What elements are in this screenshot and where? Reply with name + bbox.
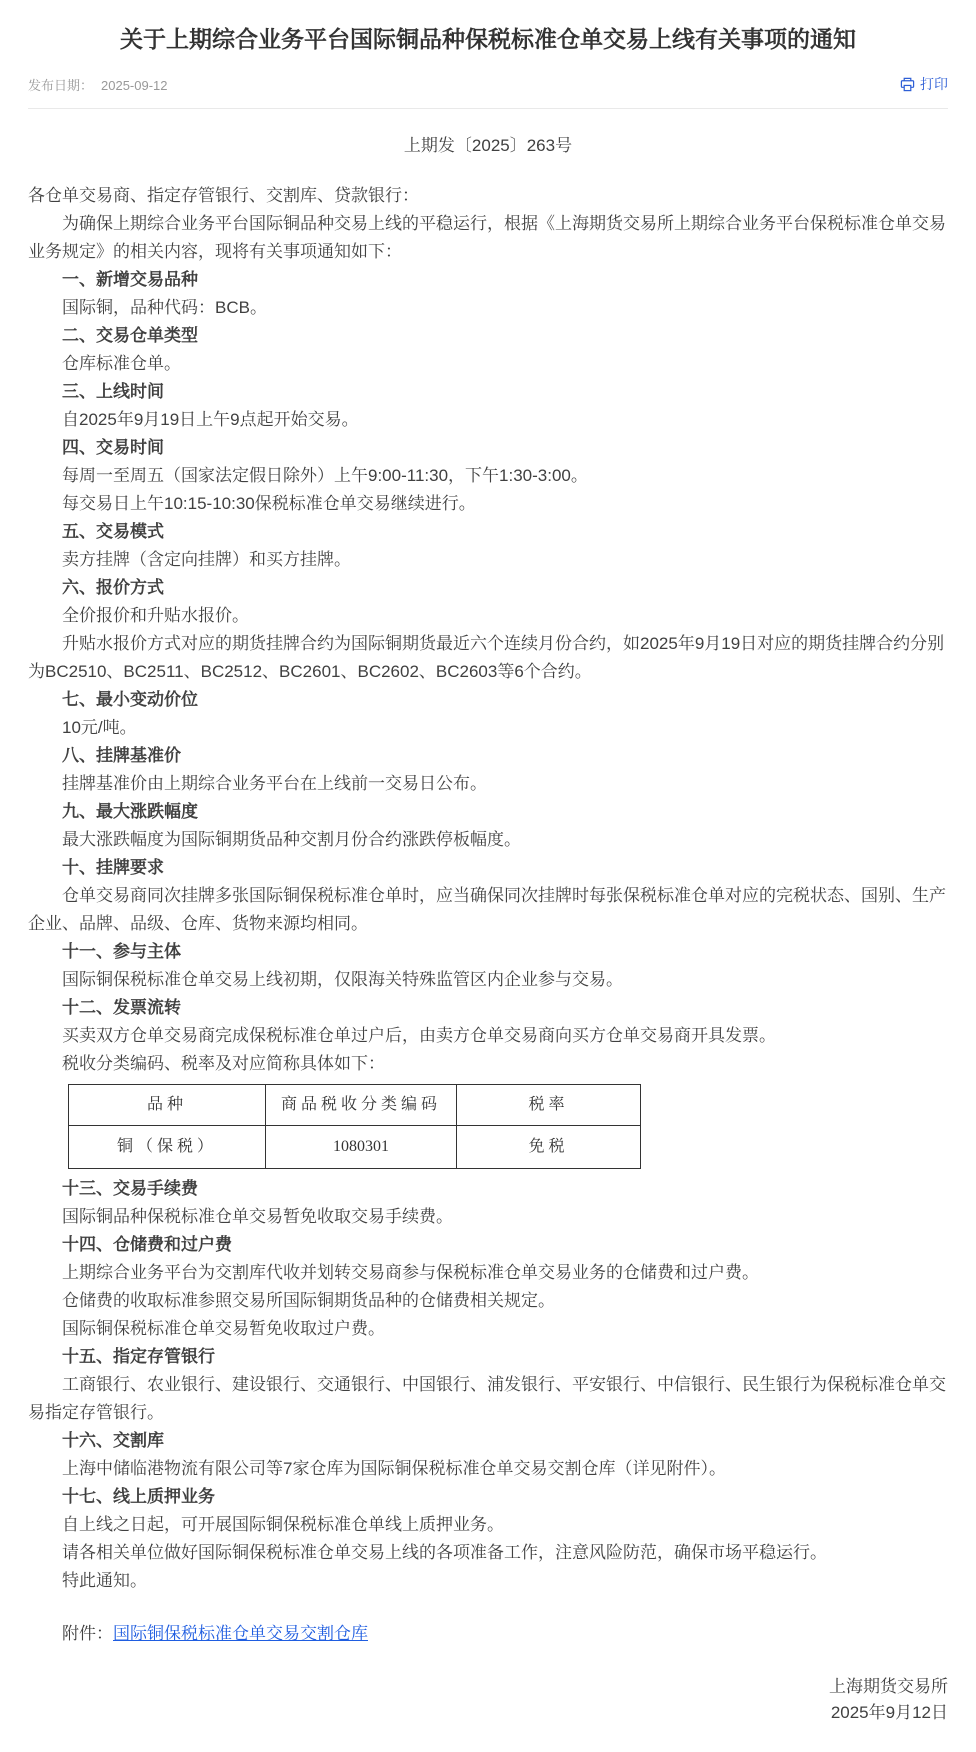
attachment-link[interactable]: 国际铜保税标准仓单交易交割仓库 [113,1624,368,1643]
table-header-tax-code: 商品税收分类编码 [266,1085,457,1126]
signature-org: 上海期货交易所 [28,1674,948,1700]
tax-code-table: 品种 商品税收分类编码 税率 铜（保税） 1080301 免税 [68,1084,641,1169]
body-paragraph: 上海中储临港物流有限公司等7家仓库为国际铜保税标准仓单交易交割仓库（详见附件）。 [28,1455,948,1483]
publish-date-label: 发布日期： [28,78,93,93]
cell-tax-code: 1080301 [266,1126,457,1169]
body-paragraph: 上期综合业务平台为交割库代收并划转交易商参与保税标准仓单交易业务的仓储费和过户费… [28,1259,948,1287]
body-paragraph: 国际铜，品种代码：BCB。 [28,294,948,322]
publish-date-value: 2025-09-12 [101,78,168,93]
table-header-variety: 品种 [69,1085,266,1126]
body-paragraph: 国际铜保税标准仓单交易上线初期，仅限海关特殊监管区内企业参与交易。 [28,966,948,994]
salutation: 各仓单交易商、指定存管银行、交割库、贷款银行： [28,182,948,210]
attachment-line: 附件：国际铜保税标准仓单交易交割仓库 [28,1620,948,1648]
attachment-label: 附件： [62,1624,113,1643]
table-header-row: 品种 商品税收分类编码 税率 [69,1085,641,1126]
body-paragraph: 特此通知。 [28,1567,948,1595]
notice-page: 关于上期综合业务平台国际铜品种保税标准仓单交易上线有关事项的通知 发布日期：20… [0,0,976,1752]
body-paragraph: 国际铜保税标准仓单交易暂免收取过户费。 [28,1315,948,1343]
table-header-tax-rate: 税率 [457,1085,641,1126]
body-paragraph: 全价报价和升贴水报价。 [28,602,948,630]
section-heading: 四、交易时间 [28,434,948,462]
section-heading: 十六、交割库 [28,1427,948,1455]
body-paragraph: 自上线之日起，可开展国际铜保税标准仓单线上质押业务。 [28,1511,948,1539]
body-paragraph: 税收分类编码、税率及对应简称具体如下： [28,1050,948,1078]
body-paragraph: 工商银行、农业银行、建设银行、交通银行、中国银行、浦发银行、平安银行、中信银行、… [28,1371,948,1427]
print-button[interactable]: 打印 [900,74,948,94]
doc-number: 上期发〔2025〕263号 [28,131,948,156]
body-paragraph: 每交易日上午10:15-10:30保税标准仓单交易继续进行。 [28,490,948,518]
body-paragraph: 为确保上期综合业务平台国际铜品种交易上线的平稳运行，根据《上海期货交易所上期综合… [28,210,948,266]
body-paragraph: 仓库标准仓单。 [28,350,948,378]
section-heading: 七、最小变动价位 [28,686,948,714]
section-heading: 十四、仓储费和过户费 [28,1231,948,1259]
body-paragraph: 每周一至周五（国家法定假日除外）上午9:00-11:30，下午1:30-3:00… [28,462,948,490]
publish-date: 发布日期：2025-09-12 [28,75,168,94]
signature-date: 2025年9月12日 [28,1700,948,1726]
body-paragraph: 挂牌基准价由上期综合业务平台在上线前一交易日公布。 [28,770,948,798]
body-paragraph: 10元/吨。 [28,714,948,742]
body-paragraph: 国际铜品种保税标准仓单交易暂免收取交易手续费。 [28,1203,948,1231]
section-heading: 九、最大涨跌幅度 [28,798,948,826]
section-heading: 十一、参与主体 [28,938,948,966]
section-heading: 三、上线时间 [28,378,948,406]
section-heading: 十三、交易手续费 [28,1175,948,1203]
body-paragraph: 买卖双方仓单交易商完成保税标准仓单过户后，由卖方仓单交易商向买方仓单交易商开具发… [28,1022,948,1050]
printer-icon [900,77,915,92]
table-row: 铜（保税） 1080301 免税 [69,1126,641,1169]
section-heading: 五、交易模式 [28,518,948,546]
notice-body: 各仓单交易商、指定存管银行、交割库、贷款银行： 为确保上期综合业务平台国际铜品种… [28,182,948,1595]
section-heading: 六、报价方式 [28,574,948,602]
body-paragraph: 请各相关单位做好国际铜保税标准仓单交易上线的各项准备工作，注意风险防范，确保市场… [28,1539,948,1567]
section-heading: 十、挂牌要求 [28,854,948,882]
body-paragraph: 升贴水报价方式对应的期货挂牌合约为国际铜期货最近六个连续月份合约，如2025年9… [28,630,948,686]
body-paragraph: 仓单交易商同次挂牌多张国际铜保税标准仓单时，应当确保同次挂牌时每张保税标准仓单对… [28,882,948,938]
body-paragraph: 自2025年9月19日上午9点起开始交易。 [28,406,948,434]
header-divider [28,108,948,109]
section-heading: 八、挂牌基准价 [28,742,948,770]
signature-block: 上海期货交易所 2025年9月12日 [28,1674,948,1726]
body-paragraph: 卖方挂牌（含定向挂牌）和买方挂牌。 [28,546,948,574]
meta-row: 发布日期：2025-09-12 打印 [28,74,948,94]
section-heading: 十七、线上质押业务 [28,1483,948,1511]
section-heading: 十五、指定存管银行 [28,1343,948,1371]
print-button-label: 打印 [920,74,948,94]
section-heading: 二、交易仓单类型 [28,322,948,350]
section-heading: 十二、发票流转 [28,994,948,1022]
cell-tax-rate: 免税 [457,1126,641,1169]
body-paragraph: 仓储费的收取标准参照交易所国际铜期货品种的仓储费相关规定。 [28,1287,948,1315]
body-paragraph: 最大涨跌幅度为国际铜期货品种交割月份合约涨跌停板幅度。 [28,826,948,854]
cell-variety: 铜（保税） [69,1126,266,1169]
section-heading: 一、新增交易品种 [28,266,948,294]
page-title: 关于上期综合业务平台国际铜品种保税标准仓单交易上线有关事项的通知 [28,24,948,54]
